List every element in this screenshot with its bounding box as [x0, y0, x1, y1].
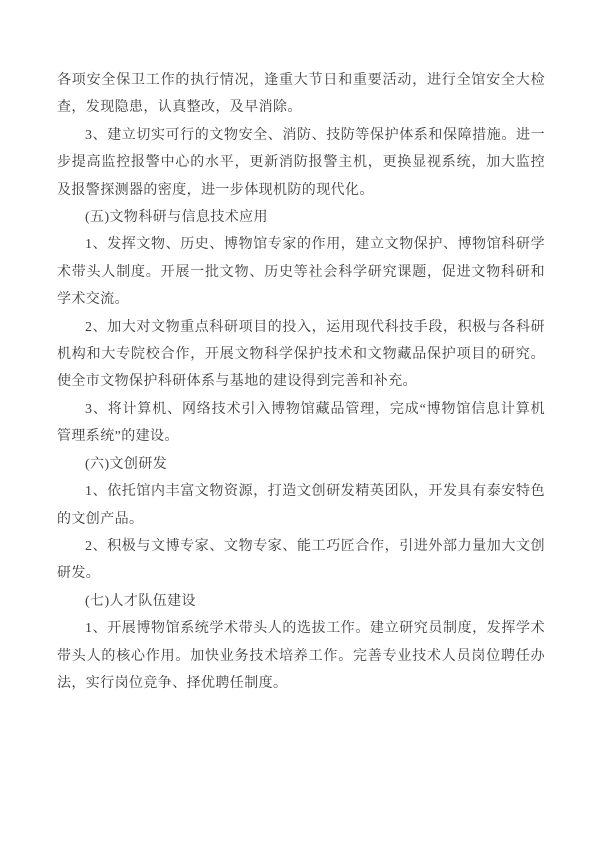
- section-heading-5: (五)文物科研与信息技术应用: [57, 204, 545, 231]
- paragraph-item-1-talent: 1、开展博物馆系统学术带头人的选拔工作。建立研究员制度，发挥学术带头人的核心作用…: [57, 615, 545, 697]
- document-text-body: 各项安全保卫工作的执行情况，逢重大节日和重要活动，进行全馆安全大检查，发现隐患，…: [57, 67, 545, 697]
- paragraph-continuation: 各项安全保卫工作的执行情况，逢重大节日和重要活动，进行全馆安全大检查，发现隐患，…: [57, 67, 545, 122]
- paragraph-item-3-security: 3、建立切实可行的文物安全、消防、技防等保护体系和保障措施。进一步提高监控报警中…: [57, 122, 545, 204]
- paragraph-item-1-cultural: 1、依托馆内丰富文物资源，打造文创研发精英团队，开发具有泰安特色的文创产品。: [57, 478, 545, 533]
- paragraph-item-2-cultural: 2、积极与文博专家、文物专家、能工巧匠合作，引进外部力量加大文创研发。: [57, 533, 545, 588]
- section-heading-6: (六)文创研发: [57, 451, 545, 478]
- document-page: 各项安全保卫工作的执行情况，逢重大节日和重要活动，进行全馆安全大检查，发现隐患，…: [0, 0, 600, 848]
- paragraph-item-3-research: 3、将计算机、网络技术引入博物馆藏品管理，完成“博物馆信息计算机管理系统”的建设…: [57, 396, 545, 451]
- paragraph-item-2-research: 2、加大对文物重点科研项目的投入，运用现代科技手段，积极与各科研机构和大专院校合…: [57, 314, 545, 396]
- paragraph-item-1-research: 1、发挥文物、历史、博物馆专家的作用，建立文物保护、博物馆科研学术带头人制度。开…: [57, 231, 545, 313]
- section-heading-7: (七)人才队伍建设: [57, 588, 545, 615]
